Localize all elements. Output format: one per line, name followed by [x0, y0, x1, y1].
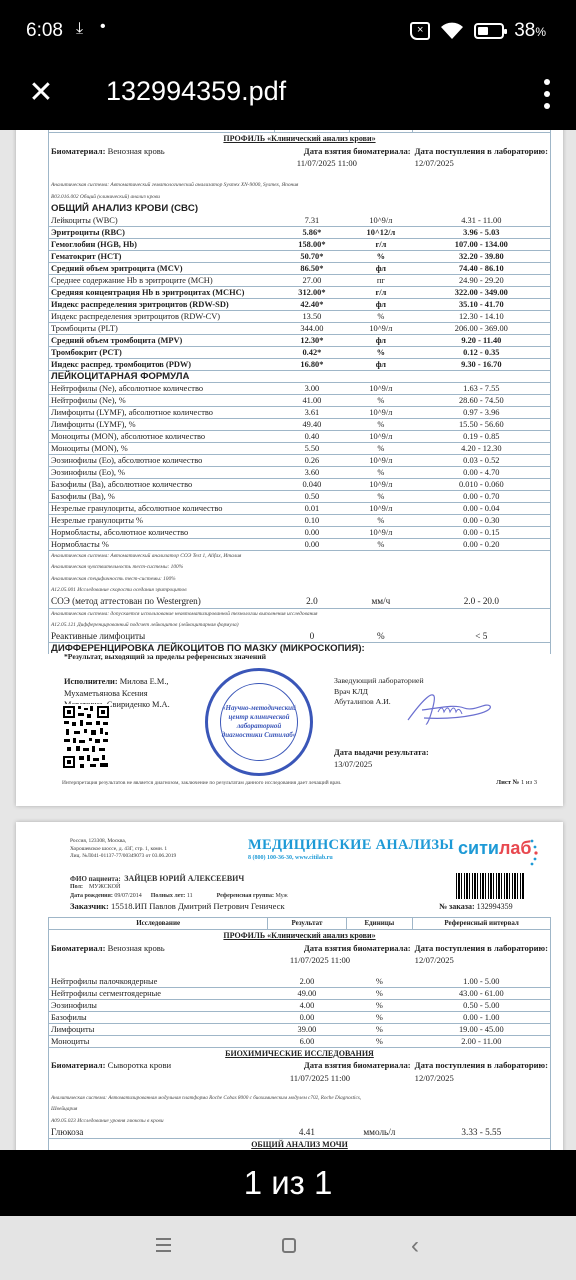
table-row: Базофилы (Ba), %0.50%0.00 - 0.70 [49, 490, 551, 502]
table-row: Лимфоциты (LYMF), %49.40%15.50 - 56.60 [49, 418, 551, 430]
table-row: Нормобласты %0.00%0.00 - 0.20 [49, 538, 551, 550]
page-counter: 1 из 1 [0, 1150, 576, 1216]
table-row: Эритроциты (RBC)5.86*10^12/л3.96 - 5.03 [49, 226, 551, 238]
document-title: 132994359.pdf [106, 76, 286, 107]
smear-meta-line: Аналитическая система: допускается испол… [49, 608, 551, 620]
column-header-reference: Референсный интервал [413, 918, 551, 930]
table-row: Лимфоциты39.00%19.00 - 45.00 [49, 1023, 551, 1035]
table-row: Гематокрит (HCT)50.70*%32.20 - 39.80 [49, 250, 551, 262]
results-table-page1: Исследование Результат Единицы Референсн… [48, 130, 551, 654]
issue-date: Дата выдачи результата: 13/07/2025 [334, 747, 429, 770]
biochem-meta-line: Аналитическая система: Автоматизированна… [49, 1092, 551, 1104]
back-button[interactable]: ‹ [400, 1234, 430, 1262]
table-row: Эозинофилы (Eo), абсолютное количество0.… [49, 454, 551, 466]
back-icon: ‹ [411, 1232, 419, 1259]
smear-meta-line: A12.05.121 Дифференцированный подсчет ле… [49, 620, 551, 632]
table-row: Моноциты (MON), %5.50%4.20 - 12.30 [49, 442, 551, 454]
column-header-result: Результат [268, 918, 346, 930]
lab-address: Россия, 123308, Москва, Хорошевское шосс… [70, 838, 176, 861]
table-row: Средняя концентрация Hb в эритроцитах (M… [49, 286, 551, 298]
pdf-page-2: Россия, 123308, Москва, Хорошевское шосс… [16, 822, 563, 1150]
biomaterial-biochem: Биоматериал: Сыворотка крови [49, 1059, 268, 1073]
table-row: Нейтрофилы (Ne), абсолютное количество3.… [49, 382, 551, 394]
biochem-meta-line: A09.05.023 Исследование уровня глюкозы в… [49, 1116, 551, 1128]
collection-date-label: Дата взятия биоматериала: [275, 144, 413, 158]
table-row: Индекс распред. тромбоцитов (PDW)16.80*ф… [49, 358, 551, 370]
column-header-test: Исследование [49, 918, 268, 930]
customer: Заказчик: 15518.ИП Павлов Дмитрий Петров… [70, 901, 285, 911]
disclaimer: Интерпретация результатов не является ди… [62, 780, 341, 786]
signature [404, 690, 494, 730]
esr-meta-line: A12.05.001 Исследование скорости оседани… [49, 585, 551, 597]
table-row: Незрелые гранулоциты, абсолютное количес… [49, 502, 551, 514]
column-header-units: Единицы [346, 918, 413, 930]
table-row: Лимфоциты (LYMF), абсолютное количество3… [49, 406, 551, 418]
recent-apps-button[interactable] [148, 1234, 178, 1262]
table-row: Нормобласты, абсолютное количество0.0010… [49, 526, 551, 538]
table-row: Тромбоциты (PLT)344.0010^9/л206.00 - 369… [49, 322, 551, 334]
download-icon: ⤓ [76, 20, 83, 38]
close-icon: ✕ [28, 76, 53, 109]
pdf-viewport[interactable]: Исследование Результат Единицы Референсн… [0, 130, 576, 1150]
wifi-icon [440, 22, 464, 40]
table-row: Средний объем тромбоцита (MPV)12.30*фл9.… [49, 334, 551, 346]
received-date: 12/07/2025 [413, 955, 551, 967]
collection-date: 11/07/2025 11:00 [275, 158, 413, 170]
biomaterial: Биоматериал: Венозная кровь [49, 941, 268, 955]
table-row: Незрелые гранулоциты %0.10%0.00 - 0.30 [49, 514, 551, 526]
pdf-page-1: Исследование Результат Единицы Референсн… [16, 130, 563, 806]
notification-dot: • [100, 18, 106, 36]
table-row: Базофилы0.00%0.00 - 1.00 [49, 1011, 551, 1023]
home-icon [282, 1238, 296, 1253]
biochem-meta-line: Швейцария [49, 1104, 551, 1116]
logo-dots-icon [528, 838, 538, 866]
citilab-logo: ситилаб [458, 838, 532, 859]
table-row: Тромбокрит (PCT)0.42*%0.12 - 0.35 [49, 346, 551, 358]
results-table-page2: Исследование Результат Единицы Референсн… [48, 917, 551, 1150]
received-date: 12/07/2025 [413, 158, 551, 170]
patient-sex: Пол: МУЖСКОЙ [70, 884, 120, 890]
table-row-glucose: Глюкоза 4.41 ммоль/л 3.33 - 5.55 [49, 1127, 551, 1139]
section-title-urinalysis: ОБЩИЙ АНАЛИЗ МОЧИ [49, 1139, 551, 1150]
esr-meta-line: Аналитическая чувствительность тест-сист… [49, 562, 551, 574]
status-bar: 6:08 ⤓ • × 38% [0, 0, 576, 62]
lab-stamp: «Научно-методический центр клинической л… [205, 668, 313, 776]
table-row-reactive-lymphocytes: Реактивные лимфоциты 0 % < 5 [49, 631, 551, 643]
table-row: Моноциты (MON), абсолютное количество0.4… [49, 430, 551, 442]
table-row: Эозинофилы4.00%0.50 - 5.00 [49, 999, 551, 1011]
order-barcode [456, 873, 524, 899]
table-row: Нейтрофилы (Ne), %41.00%28.60 - 74.50 [49, 394, 551, 406]
battery-icon [474, 23, 504, 39]
more-vert-icon [544, 79, 550, 85]
esr-meta-line: Аналитическая система: Автоматический ан… [49, 550, 551, 562]
table-row: Нейтрофилы сегментоядерные49.00%43.00 - … [49, 987, 551, 999]
table-row: Нейтрофилы палочкоядерные2.00%1.00 - 5.0… [49, 976, 551, 988]
sheet-number: Лист № 1 из 3 [496, 779, 537, 786]
patient-dob: Дата рождения: 09/07/2014 Полных лет: 11… [70, 893, 288, 899]
received-date-label: Дата поступления в лабораторию: [413, 144, 551, 158]
home-button[interactable] [274, 1234, 304, 1262]
system-nav-bar: ‹ [0, 1216, 576, 1280]
patient-name: ФИО пациента: ЗАЙЦЕВ ЮРИЙ АЛЕКСЕЕВИЧ [70, 874, 244, 883]
table-row: Моноциты6.00%2.00 - 11.00 [49, 1035, 551, 1047]
analytic-system-note: Аналитическая система: Автоматический ге… [49, 180, 551, 192]
more-options-button[interactable] [540, 76, 554, 112]
profile-title: ПРОФИЛЬ «Клинический анализ крови» [49, 930, 551, 942]
section-title-differential: ЛЕЙКОЦИТАРНАЯ ФОРМУЛА [49, 370, 551, 382]
table-row: Индекс распределения эритроцитов (RDW-CV… [49, 310, 551, 322]
clock: 6:08 [26, 20, 63, 42]
biomaterial: Биоматериал: Венозная кровь [49, 144, 275, 158]
brand-title: МЕДИЦИНСКИЕ АНАЛИЗЫ [248, 837, 454, 854]
esr-meta-line: Аналитическая специфичность тест-системы… [49, 573, 551, 585]
table-row: Лейкоциты (WBC)7.3110^9/л4.31 - 11.00 [49, 214, 551, 226]
section-title-biochemistry: БИОХИМИЧЕСКИЕ ИССЛЕДОВАНИЯ [49, 1047, 551, 1059]
table-row: Среднее содержание Hb в эритроците (MCH)… [49, 274, 551, 286]
brand-contact: 8 (800) 100-36-30, www.citilab.ru [248, 855, 333, 861]
out-of-range-note: *Результат, выходящий за пределы референ… [64, 652, 266, 661]
table-row: Средний объем эритроцита (MCV)86.50*фл74… [49, 262, 551, 274]
order-number: № заказа: 132994359 [439, 902, 513, 911]
recent-apps-icon [156, 1238, 171, 1240]
section-title-cbc: ОБЩИЙ АНАЛИЗ КРОВИ (CBC) [49, 203, 551, 215]
sim-no-signal-icon: × [410, 22, 430, 40]
table-row: Гемоглобин (HGB, Hb)158.00*г/л107.00 - 1… [49, 238, 551, 250]
close-button[interactable]: ✕ [26, 78, 56, 108]
profile-title: ПРОФИЛЬ «Клинический анализ крови» [49, 133, 551, 145]
table-row: Индекс распределения эритроцитов (RDW-SD… [49, 298, 551, 310]
test-code-note: B03.016.002 Общий (клинический) анализ к… [49, 191, 551, 203]
pdf-viewer-toolbar: ✕ 132994359.pdf [0, 62, 576, 130]
table-row: Базофилы (Ba), абсолютное количество0.04… [49, 478, 551, 490]
table-row: Эозинофилы (Eo), %3.60%0.00 - 4.70 [49, 466, 551, 478]
collection-date: 11/07/2025 11:00 [268, 955, 413, 967]
battery-percent: 38% [514, 20, 546, 42]
table-row-esr: СОЭ (метод аттестован по Westergren) 2.0… [49, 596, 551, 608]
qr-code [62, 704, 110, 770]
